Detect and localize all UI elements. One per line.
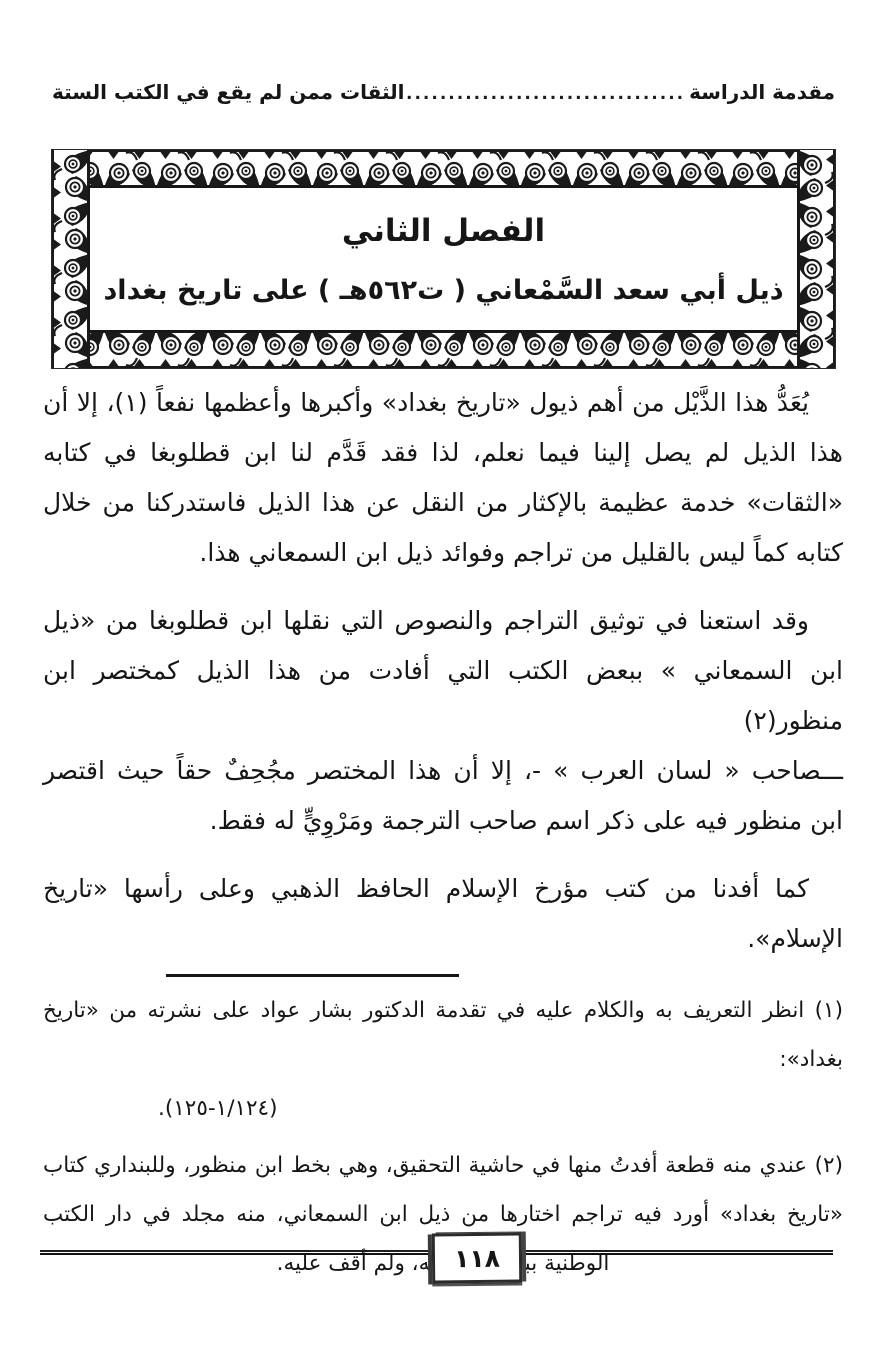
footnote-1: (١) انظر التعريف به والكلام عليه في تقدم… <box>43 986 843 1133</box>
paragraph-line: الإسلام». <box>43 914 843 964</box>
paragraph-line: كتابه كماً ليس بالقليل من تراجم وفوائد ذ… <box>43 528 843 578</box>
paragraph-1: يُعَدُّ هذا الذَّيْل من أهم ذيول «تاريخ … <box>43 378 843 578</box>
footnote-reference: (١/١٢٤-١٢٥). <box>43 1084 843 1133</box>
paragraph-line: يُعَدُّ هذا الذَّيْل من أهم ذيول «تاريخ … <box>43 378 843 428</box>
running-head-section: مقدمة الدراسة <box>689 80 835 104</box>
paragraph-line: «الثقات» خدمة عظيمة بالإكثار من النقل عن… <box>43 478 843 528</box>
ornament-band-top <box>52 150 835 188</box>
paragraph-line: هذا الذيل لم يصل إلينا فيما نعلم، لذا فق… <box>43 428 843 478</box>
paragraph-line: كما أفدنا من كتب مؤرخ الإسلام الحافظ الذ… <box>43 864 843 914</box>
body-text: يُعَدُّ هذا الذَّيْل من أهم ذيول «تاريخ … <box>43 378 843 982</box>
footnote-line: (٢) عندي منه قطعة أفدتُ منها في حاشية ال… <box>43 1141 843 1190</box>
running-head: مقدمة الدراسة ..........................… <box>52 80 835 104</box>
ornament-band-bottom <box>52 330 835 368</box>
paragraph-line: وقد استعنا في توثيق التراجم والنصوص التي… <box>43 596 843 646</box>
footnote-line: «تاريخ بغداد» أورد فيه تراجم اختارها من … <box>43 1190 843 1239</box>
paragraph-line: ـــصاحب « لسان العرب » -، إلا أن هذا الم… <box>43 746 843 796</box>
footnote-line: (١) انظر التعريف به والكلام عليه في تقدم… <box>43 986 843 1084</box>
chapter-title: الفصل الثاني <box>342 213 545 249</box>
paragraph-line: ابن السمعاني » ببعض الكتب التي أفادت من … <box>43 646 843 746</box>
chapter-subtitle: ذيل أبي سعد السَّمْعاني ( ت٥٦٢هـ ) على ت… <box>103 275 783 306</box>
page-number-box: ١١٨ <box>432 1233 523 1284</box>
footnote-separator-rule <box>166 974 459 977</box>
paragraph-line: ابن منظور فيه على ذكر اسم صاحب الترجمة و… <box>43 796 843 846</box>
paragraph-2: وقد استعنا في توثيق التراجم والنصوص التي… <box>43 596 843 846</box>
chapter-frame-inner: الفصل الثاني ذيل أبي سعد السَّمْعاني ( ت… <box>88 186 799 332</box>
running-head-book-title: الثقات ممن لم يقع في الكتب الستة <box>52 80 405 104</box>
page-number: ١١٨ <box>454 1243 500 1272</box>
paragraph-3: كما أفدنا من كتب مؤرخ الإسلام الحافظ الذ… <box>43 864 843 964</box>
book-page: مقدمة الدراسة ..........................… <box>0 0 885 1364</box>
chapter-ornamental-frame: الفصل الثاني ذيل أبي سعد السَّمْعاني ( ت… <box>52 150 835 368</box>
ornament-band-right <box>797 150 835 368</box>
dotted-leader: ...................................... <box>405 84 690 104</box>
ornament-band-left <box>52 150 90 368</box>
